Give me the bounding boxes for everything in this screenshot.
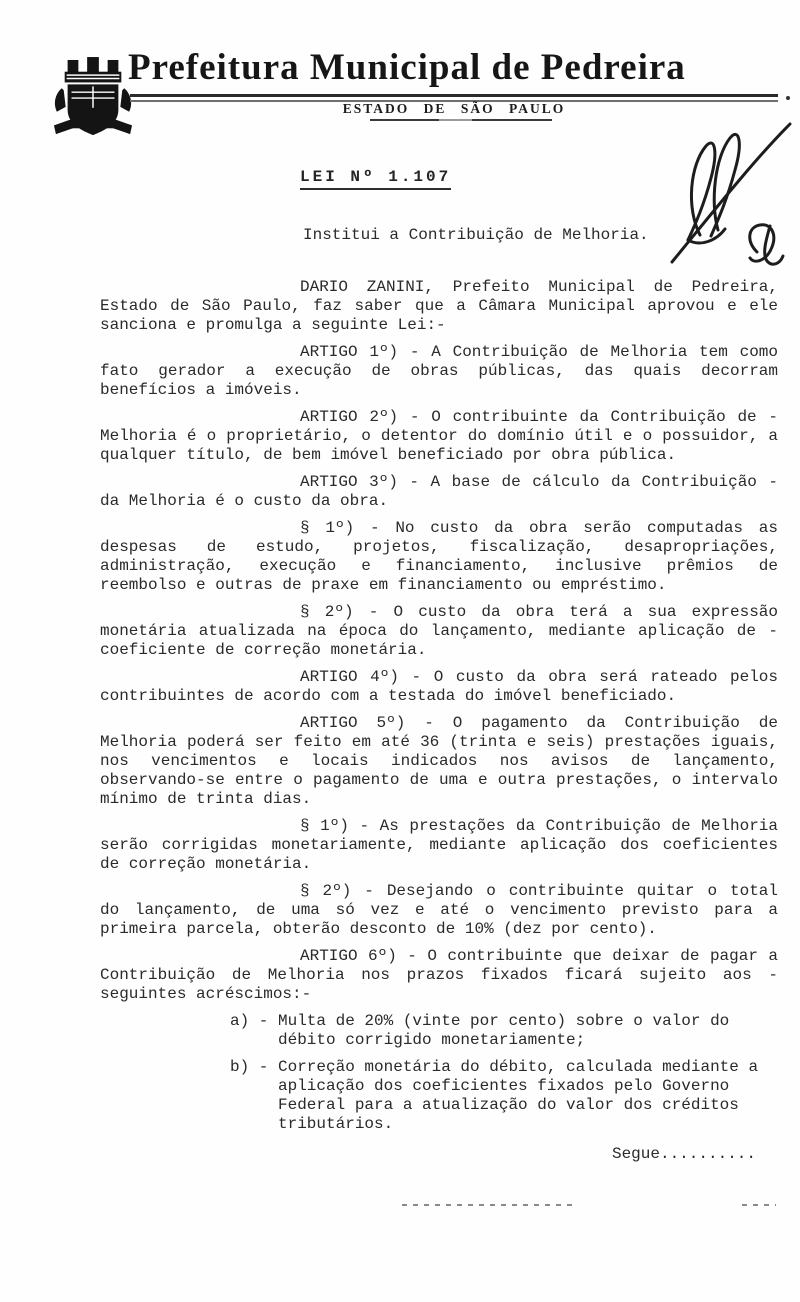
article-2-paragraph: ARTIGO 2º) - O contribuinte da Contribui… [100,408,778,465]
article-3-paragraph: ARTIGO 3º) - A base de cálculo da Contri… [100,473,778,511]
subtitle-underline [370,119,552,121]
article-6-paragraph: ARTIGO 6º) - O contribuinte que deixar d… [100,947,778,1004]
law-subject: Institui a Contribuição de Melhoria. [303,226,649,244]
article-4-paragraph: ARTIGO 4º) - O custo da obra será ratead… [100,668,778,706]
list-item-b-label: b) - [230,1058,278,1134]
article-5-section-1-paragraph: § 1º) - As prestações da Contribuição de… [100,817,778,874]
municipal-coat-of-arms-icon [52,56,134,144]
scan-artifact-line [742,1204,776,1206]
law-body: DARIO ZANINI, Prefeito Municipal de Pedr… [100,278,778,1164]
list-item-a-label: a) - [230,1012,278,1050]
page-title: Prefeitura Municipal de Pedreira [128,46,686,89]
article-1-paragraph: ARTIGO 1º) - A Contribuição de Melhoria … [100,343,778,400]
scan-artifact-line [402,1204,572,1206]
law-number: LEI Nº 1.107 [300,168,451,190]
scan-dot [786,96,790,100]
list-item-a: a) - Multa de 20% (vinte por cento) sobr… [230,1012,778,1050]
continuation-note: Segue.......... [100,1145,778,1164]
article-3-section-1-paragraph: § 1º) - No custo da obra serão computada… [100,519,778,595]
article-5-section-2-paragraph: § 2º) - Desejando o contribuinte quitar … [100,882,778,939]
document-page: Prefeitura Municipal de Pedreira ESTADO … [0,0,800,1302]
article-3-section-2-paragraph: § 2º) - O custo da obra terá a sua expre… [100,603,778,660]
article-5-paragraph: ARTIGO 5º) - O pagamento da Contribuição… [100,714,778,809]
list-item-b-text: Correção monetária do débito, calculada … [278,1058,778,1134]
handwritten-signature-mark [660,110,800,270]
preamble-paragraph: DARIO ZANINI, Prefeito Municipal de Pedr… [100,278,778,335]
list-item-a-text: Multa de 20% (vinte por cento) sobre o v… [278,1012,778,1050]
list-item-b: b) - Correção monetária do débito, calcu… [230,1058,778,1134]
